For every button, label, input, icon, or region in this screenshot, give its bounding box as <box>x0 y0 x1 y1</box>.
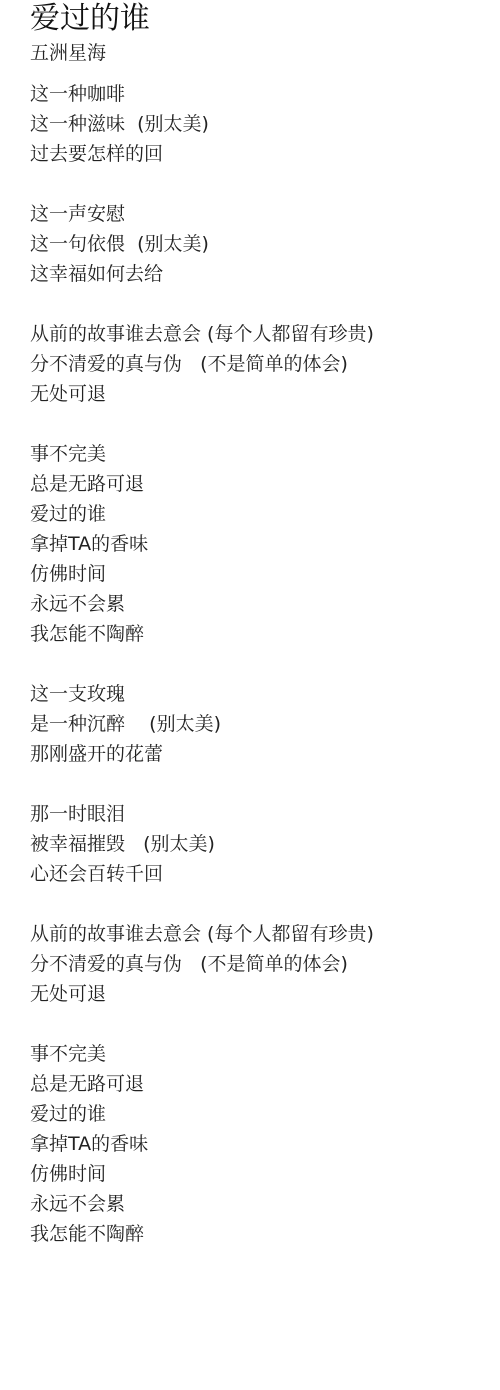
lyric-line: 这幸福如何去给 <box>30 259 500 289</box>
lyric-line: 心还会百转千回 <box>30 859 500 889</box>
stanza-break <box>30 409 500 439</box>
lyric-line: 永远不会累 <box>30 1189 500 1219</box>
lyrics-page: 爱过的谁 五洲星海 这一种咖啡这一种滋味 (别太美)过去要怎样的回这一声安慰这一… <box>0 0 500 1249</box>
lyric-line: 爱过的谁 <box>30 499 500 529</box>
lyric-line: 过去要怎样的回 <box>30 139 500 169</box>
stanza-break <box>30 1009 500 1039</box>
lyric-line: 这一句依偎 (别太美) <box>30 229 500 259</box>
lyric-line: 从前的故事谁去意会 (每个人都留有珍贵) <box>30 319 500 349</box>
lyric-line: 我怎能不陶醉 <box>30 1219 500 1249</box>
lyric-line: 拿掉TA的香味 <box>30 529 500 559</box>
stanza-break <box>30 649 500 679</box>
lyric-line: 仿佛时间 <box>30 559 500 589</box>
lyric-line: 事不完美 <box>30 1039 500 1069</box>
lyric-line: 总是无路可退 <box>30 469 500 499</box>
lyric-line: 那刚盛开的花蕾 <box>30 739 500 769</box>
stanza-break <box>30 169 500 199</box>
lyric-line: 被幸福摧毁 (别太美) <box>30 829 500 859</box>
lyric-line: 事不完美 <box>30 439 500 469</box>
lyric-line: 爱过的谁 <box>30 1099 500 1129</box>
lyric-line: 永远不会累 <box>30 589 500 619</box>
lyric-line: 分不清爱的真与伪 (不是简单的体会) <box>30 349 500 379</box>
lyric-line: 是一种沉醉 (别太美) <box>30 709 500 739</box>
stanza-break <box>30 289 500 319</box>
song-title: 爱过的谁 <box>30 0 500 38</box>
lyric-line: 总是无路可退 <box>30 1069 500 1099</box>
lyric-line: 这一支玫瑰 <box>30 679 500 709</box>
lyric-line: 那一时眼泪 <box>30 799 500 829</box>
lyric-line: 拿掉TA的香味 <box>30 1129 500 1159</box>
lyric-line: 这一种滋味 (别太美) <box>30 109 500 139</box>
lyric-line: 仿佛时间 <box>30 1159 500 1189</box>
lyric-line: 这一声安慰 <box>30 199 500 229</box>
lyric-line: 分不清爱的真与伪 (不是简单的体会) <box>30 949 500 979</box>
lyrics-body: 这一种咖啡这一种滋味 (别太美)过去要怎样的回这一声安慰这一句依偎 (别太美)这… <box>30 79 500 1249</box>
lyric-line: 这一种咖啡 <box>30 79 500 109</box>
song-artist: 五洲星海 <box>30 38 500 68</box>
lyric-line: 我怎能不陶醉 <box>30 619 500 649</box>
lyric-line: 无处可退 <box>30 979 500 1009</box>
lyric-line: 无处可退 <box>30 379 500 409</box>
lyric-line: 从前的故事谁去意会 (每个人都留有珍贵) <box>30 919 500 949</box>
stanza-break <box>30 769 500 799</box>
stanza-break <box>30 889 500 919</box>
